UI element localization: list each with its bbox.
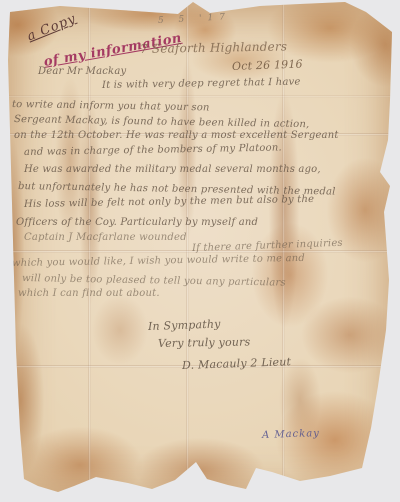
- letter-line: which I can find out about.: [18, 288, 160, 299]
- letter-line: He was awarded the military medal severa…: [24, 164, 321, 175]
- letter-line: Captain J Macfarlane wounded: [24, 232, 187, 243]
- letter-paper: a Copy of my information 5 5 '17 7 Seafo…: [0, 0, 400, 502]
- fold-line-horizontal: [0, 95, 400, 98]
- regiment-heading: 7 Seaforth Highlanders: [140, 39, 287, 56]
- letter-date: Oct 26 1916: [232, 58, 303, 73]
- photo-of-letter: a Copy of my information 5 5 '17 7 Seafo…: [0, 0, 400, 502]
- salutation: Dear Mr Mackay: [38, 66, 126, 77]
- closing-line: In Sympathy: [148, 317, 221, 333]
- verso-signature: A Mackay: [262, 428, 320, 441]
- letter-line: on the 12th October. He was really a mos…: [14, 130, 339, 141]
- closing-line: Very truly yours: [158, 335, 251, 350]
- letter-line: Officers of the Coy. Particularly by mys…: [16, 217, 258, 228]
